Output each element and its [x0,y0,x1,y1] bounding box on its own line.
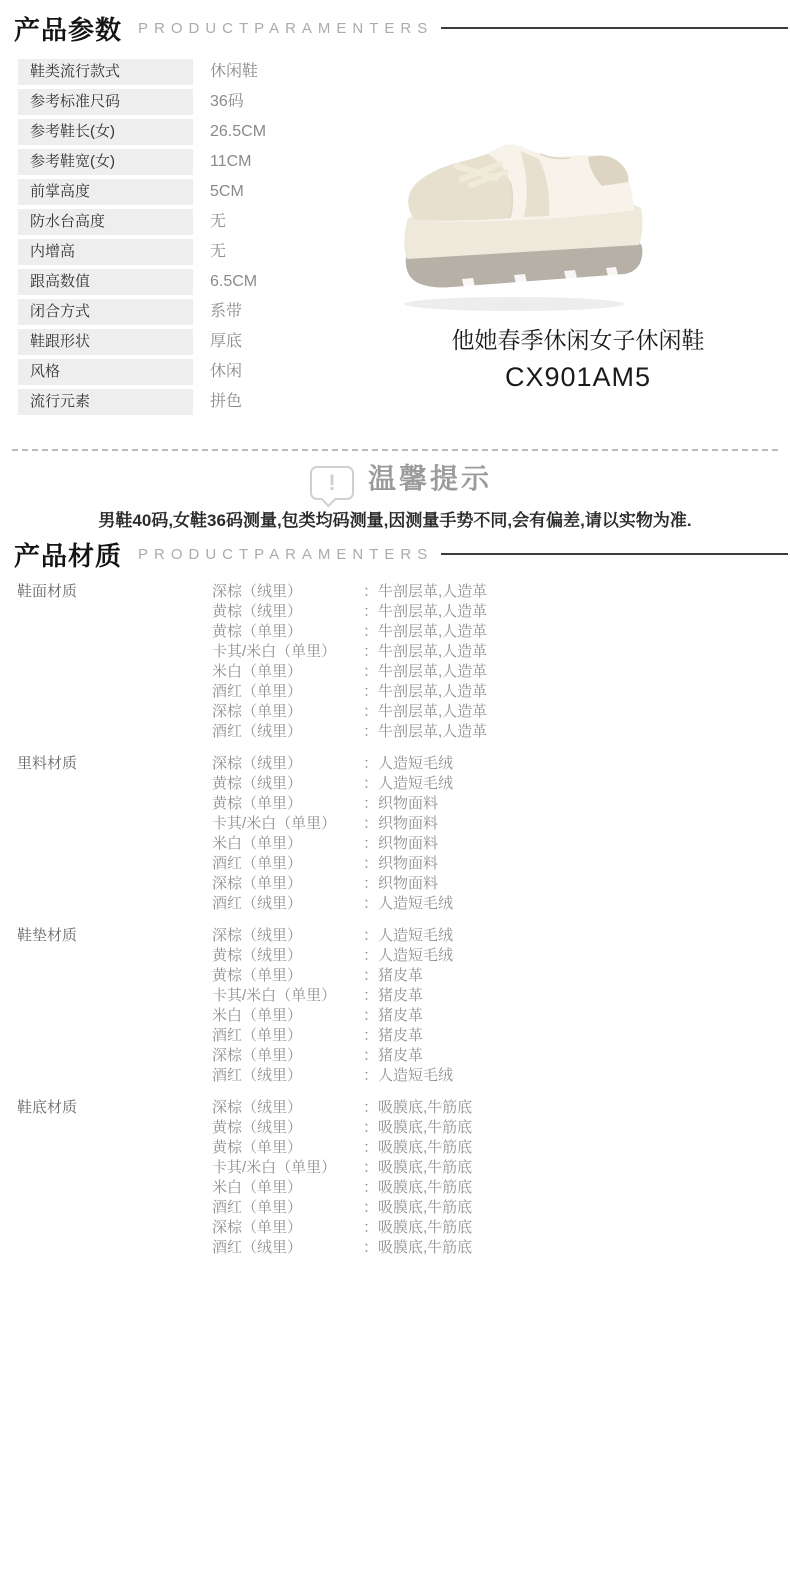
material-row: 黄棕（单里） ： 猪皮革 [212,966,779,986]
material-row: 黄棕（绒里） ： 吸膜底,牛筋底 [212,1118,779,1138]
material-color-name: 深棕（绒里） [212,1098,363,1118]
parameter-value: 休闲鞋 [210,59,258,85]
parameter-label: 跟高数值 [18,269,193,295]
material-value: 牛剖层革,人造革 [378,602,487,622]
material-row: 米白（单里） ： 吸膜底,牛筋底 [212,1178,779,1198]
material-colon: ： [363,794,378,814]
parameter-value: 36码 [210,89,244,115]
material-color-name: 酒红（单里） [212,682,363,702]
material-row: 黄棕（单里） ： 牛剖层革,人造革 [212,622,779,642]
exclamation-bubble-icon: ! [310,466,354,500]
material-color-name: 深棕（单里） [212,874,363,894]
material-value: 织物面料 [378,854,438,874]
parameter-label: 参考鞋宽(女) [18,149,193,175]
material-color-name: 卡其/米白（单里） [212,814,363,834]
product-model-code: CX901AM5 [388,362,768,393]
material-colon: ： [363,1066,378,1086]
material-group: 鞋垫材质 深棕（绒里） ： 人造短毛绒 黄棕（绒里） ： 人造短毛绒 [17,926,779,1086]
parameter-row: 闭合方式 系带 [18,299,378,325]
material-color-name: 米白（单里） [212,834,363,854]
material-color-name: 深棕（绒里） [212,926,363,946]
material-colon: ： [363,1098,378,1118]
parameter-value: 拼色 [210,389,242,415]
material-value: 人造短毛绒 [378,754,453,774]
material-colon: ： [363,1046,378,1066]
material-colon: ： [363,1238,378,1258]
material-color-name: 深棕（绒里） [212,582,363,602]
material-colon: ： [363,1138,378,1158]
material-row: 米白（单里） ： 猪皮革 [212,1006,779,1026]
parameter-value: 26.5CM [210,119,266,145]
material-row: 酒红（绒里） ： 吸膜底,牛筋底 [212,1238,779,1258]
material-colon: ： [363,622,378,642]
material-group-rows: 深棕（绒里） ： 人造短毛绒 黄棕（绒里） ： 人造短毛绒 黄棕（单里） [212,926,779,1086]
material-value: 吸膜底,牛筋底 [378,1138,472,1158]
material-colon: ： [363,1198,378,1218]
parameter-value: 无 [210,239,226,265]
parameter-row: 鞋跟形状 厚底 [18,329,378,355]
material-row: 酒红（单里） ： 吸膜底,牛筋底 [212,1198,779,1218]
material-colon: ： [363,894,378,914]
dashed-divider [12,449,778,451]
parameter-label: 鞋跟形状 [18,329,193,355]
material-row: 黄棕（绒里） ： 人造短毛绒 [212,774,779,794]
material-colon: ： [363,874,378,894]
material-row: 深棕（绒里） ： 吸膜底,牛筋底 [212,1098,779,1118]
material-row: 深棕（单里） ： 猪皮革 [212,1046,779,1066]
material-row: 酒红（绒里） ： 人造短毛绒 [212,1066,779,1086]
tips-text: 男鞋40码,女鞋36码测量,包类均码测量,因测量手势不同,会有偏差,请以实物为准… [0,506,790,531]
parameter-row: 内增高 无 [18,239,378,265]
material-group-label: 鞋面材质 [17,582,212,742]
parameter-row: 参考标准尺码 36码 [18,89,378,115]
material-value: 吸膜底,牛筋底 [378,1218,472,1238]
parameters-section-header: 产品参数 PRODUCTPARAMENTERS [14,10,788,46]
material-value: 人造短毛绒 [378,894,453,914]
product-panel: 他她春季休闲女子休闲鞋 CX901AM5 [388,118,768,418]
material-color-name: 黄棕（单里） [212,622,363,642]
exclamation-glyph: ! [312,468,352,498]
parameter-row: 防水台高度 无 [18,209,378,235]
material-value: 织物面料 [378,834,438,854]
parameter-label: 参考鞋长(女) [18,119,193,145]
parameter-value: 系带 [210,299,242,325]
material-group: 鞋底材质 深棕（绒里） ： 吸膜底,牛筋底 黄棕（绒里） ： 吸膜底,牛筋 [17,1098,779,1258]
material-color-name: 酒红（绒里） [212,722,363,742]
material-colon: ： [363,926,378,946]
section-underline [441,27,788,29]
material-color-name: 黄棕（绒里） [212,946,363,966]
parameter-value: 11CM [210,149,252,175]
material-row: 深棕（单里） ： 吸膜底,牛筋底 [212,1218,779,1238]
parameter-row: 参考鞋长(女) 26.5CM [18,119,378,145]
material-colon: ： [363,722,378,742]
material-group-rows: 深棕（绒里） ： 吸膜底,牛筋底 黄棕（绒里） ： 吸膜底,牛筋底 黄棕（单里） [212,1098,779,1258]
parameter-label: 参考标准尺码 [18,89,193,115]
parameter-value: 休闲 [210,359,242,385]
material-colon: ： [363,986,378,1006]
material-color-name: 酒红（绒里） [212,1066,363,1086]
material-color-name: 深棕（单里） [212,702,363,722]
product-name: 他她春季休闲女子休闲鞋 [388,322,768,355]
parameter-label: 防水台高度 [18,209,193,235]
material-row: 酒红（单里） ： 牛剖层革,人造革 [212,682,779,702]
material-value: 牛剖层革,人造革 [378,702,487,722]
material-row: 黄棕（绒里） ： 人造短毛绒 [212,946,779,966]
material-row: 酒红（单里） ： 猪皮革 [212,1026,779,1046]
material-row: 酒红（绒里） ： 牛剖层革,人造革 [212,722,779,742]
material-color-name: 米白（单里） [212,662,363,682]
material-color-name: 深棕（绒里） [212,754,363,774]
material-colon: ： [363,682,378,702]
material-color-name: 卡其/米白（单里） [212,642,363,662]
parameter-label: 鞋类流行款式 [18,59,193,85]
parameter-value: 无 [210,209,226,235]
material-color-name: 米白（单里） [212,1006,363,1026]
parameter-value: 6.5CM [210,269,257,295]
material-row: 黄棕（单里） ： 织物面料 [212,794,779,814]
material-row: 卡其/米白（单里） ： 织物面料 [212,814,779,834]
material-colon: ： [363,774,378,794]
materials-section-subtitle: PRODUCTPARAMENTERS [138,546,433,563]
parameter-label: 流行元素 [18,389,193,415]
material-value: 织物面料 [378,814,438,834]
material-row: 深棕（绒里） ： 人造短毛绒 [212,926,779,946]
material-colon: ： [363,834,378,854]
material-value: 牛剖层革,人造革 [378,622,487,642]
material-row: 深棕（绒里） ： 牛剖层革,人造革 [212,582,779,602]
material-color-name: 酒红（单里） [212,1026,363,1046]
parameter-row: 风格 休闲 [18,359,378,385]
material-group-rows: 深棕（绒里） ： 人造短毛绒 黄棕（绒里） ： 人造短毛绒 黄棕（单里） [212,754,779,914]
material-group: 鞋面材质 深棕（绒里） ： 牛剖层革,人造革 黄棕（绒里） ： 牛剖层革, [17,582,779,742]
material-row: 米白（单里） ： 织物面料 [212,834,779,854]
material-colon: ： [363,1006,378,1026]
parameter-value: 5CM [210,179,244,205]
materials-section-header: 产品材质 PRODUCTPARAMENTERS [14,536,788,572]
materials-list: 鞋面材质 深棕（绒里） ： 牛剖层革,人造革 黄棕（绒里） ： 牛剖层革, [17,582,779,1270]
material-value: 猪皮革 [378,986,423,1006]
parameter-label: 前掌高度 [18,179,193,205]
material-color-name: 卡其/米白（单里） [212,1158,363,1178]
material-color-name: 酒红（绒里） [212,894,363,914]
material-color-name: 米白（单里） [212,1178,363,1198]
material-row: 深棕（单里） ： 织物面料 [212,874,779,894]
material-colon: ： [363,582,378,602]
material-color-name: 深棕（单里） [212,1046,363,1066]
material-colon: ： [363,1218,378,1238]
material-group-rows: 深棕（绒里） ： 牛剖层革,人造革 黄棕（绒里） ： 牛剖层革,人造革 黄棕（单… [212,582,779,742]
material-value: 人造短毛绒 [378,774,453,794]
material-value: 牛剖层革,人造革 [378,582,487,602]
material-group-label: 鞋垫材质 [17,926,212,1086]
material-colon: ： [363,854,378,874]
material-value: 人造短毛绒 [378,1066,453,1086]
material-value: 人造短毛绒 [378,946,453,966]
material-value: 吸膜底,牛筋底 [378,1198,472,1218]
material-value: 织物面料 [378,794,438,814]
material-row: 酒红（单里） ： 织物面料 [212,854,779,874]
materials-section-title: 产品材质 [14,536,122,573]
parameter-label: 闭合方式 [18,299,193,325]
material-row: 卡其/米白（单里） ： 吸膜底,牛筋底 [212,1158,779,1178]
parameter-row: 跟高数值 6.5CM [18,269,378,295]
material-colon: ： [363,1158,378,1178]
material-value: 牛剖层革,人造革 [378,722,487,742]
parameter-row: 流行元素 拼色 [18,389,378,415]
material-value: 吸膜底,牛筋底 [378,1118,472,1138]
material-row: 卡其/米白（单里） ： 牛剖层革,人造革 [212,642,779,662]
material-value: 猪皮革 [378,1026,423,1046]
material-row: 卡其/米白（单里） ： 猪皮革 [212,986,779,1006]
material-color-name: 黄棕（单里） [212,794,363,814]
parameters-table: 鞋类流行款式 休闲鞋 参考标准尺码 36码 参考鞋长(女) 26.5CM 参考鞋… [18,59,378,419]
material-row: 米白（单里） ： 牛剖层革,人造革 [212,662,779,682]
material-colon: ： [363,662,378,682]
parameter-label: 风格 [18,359,193,385]
material-value: 猪皮革 [378,1046,423,1066]
material-row: 黄棕（绒里） ： 牛剖层革,人造革 [212,602,779,622]
material-colon: ： [363,1118,378,1138]
parameters-section-subtitle: PRODUCTPARAMENTERS [138,20,433,37]
parameter-row: 鞋类流行款式 休闲鞋 [18,59,378,85]
material-row: 深棕（单里） ： 牛剖层革,人造革 [212,702,779,722]
material-color-name: 酒红（单里） [212,854,363,874]
material-group: 里料材质 深棕（绒里） ： 人造短毛绒 黄棕（绒里） ： 人造短毛绒 [17,754,779,914]
tips-title: 温馨提示 [368,457,492,497]
material-value: 人造短毛绒 [378,926,453,946]
section-underline [441,553,788,555]
parameter-value: 厚底 [210,329,242,355]
material-colon: ： [363,814,378,834]
material-color-name: 黄棕（绒里） [212,602,363,622]
material-colon: ： [363,642,378,662]
material-colon: ： [363,702,378,722]
material-colon: ： [363,1026,378,1046]
material-colon: ： [363,1178,378,1198]
material-row: 酒红（绒里） ： 人造短毛绒 [212,894,779,914]
material-color-name: 黄棕（绒里） [212,1118,363,1138]
material-color-name: 深棕（单里） [212,1218,363,1238]
parameters-section-title: 产品参数 [14,10,122,47]
material-value: 猪皮革 [378,966,423,986]
material-color-name: 黄棕（单里） [212,1138,363,1158]
material-group-label: 鞋底材质 [17,1098,212,1258]
material-color-name: 黄棕（绒里） [212,774,363,794]
material-value: 牛剖层革,人造革 [378,642,487,662]
material-color-name: 酒红（绒里） [212,1238,363,1258]
material-value: 吸膜底,牛筋底 [378,1098,472,1118]
material-value: 吸膜底,牛筋底 [378,1178,472,1198]
material-color-name: 酒红（单里） [212,1198,363,1218]
parameter-row: 前掌高度 5CM [18,179,378,205]
shoe-image [392,120,648,316]
parameter-label: 内增高 [18,239,193,265]
product-detail-page: 产品参数 PRODUCTPARAMENTERS 鞋类流行款式 休闲鞋 参考标准尺… [0,0,790,1570]
material-value: 吸膜底,牛筋底 [378,1158,472,1178]
material-row: 深棕（绒里） ： 人造短毛绒 [212,754,779,774]
material-value: 吸膜底,牛筋底 [378,1238,472,1258]
parameter-row: 参考鞋宽(女) 11CM [18,149,378,175]
material-colon: ： [363,602,378,622]
material-value: 猪皮革 [378,1006,423,1026]
material-value: 牛剖层革,人造革 [378,682,487,702]
material-color-name: 卡其/米白（单里） [212,986,363,1006]
material-color-name: 黄棕（单里） [212,966,363,986]
material-value: 牛剖层革,人造革 [378,662,487,682]
material-row: 黄棕（单里） ： 吸膜底,牛筋底 [212,1138,779,1158]
material-colon: ： [363,966,378,986]
material-colon: ： [363,754,378,774]
material-value: 织物面料 [378,874,438,894]
material-group-label: 里料材质 [17,754,212,914]
material-colon: ： [363,946,378,966]
